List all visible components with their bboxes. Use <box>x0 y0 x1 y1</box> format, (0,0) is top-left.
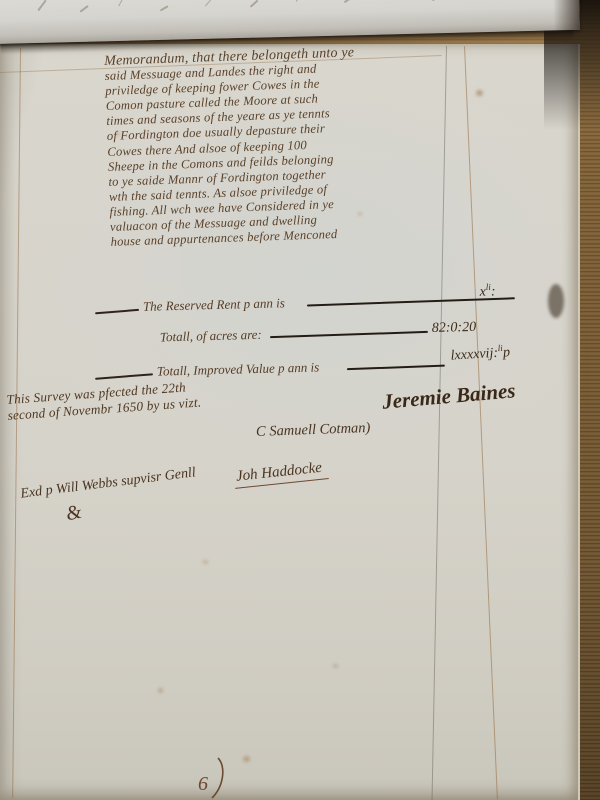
ink-bleed-mark <box>432 0 440 1</box>
account-row-total-acres: Totall, of acres are: 82:0:20 <box>160 321 501 354</box>
ink-bleed-mark <box>205 0 214 7</box>
photo-scene: Memorandum, that there belongeth unto ye… <box>0 0 600 800</box>
stain-spot <box>158 688 163 693</box>
value-tail: : <box>491 284 496 299</box>
signature-name: Samuell Cotman <box>269 420 366 439</box>
lead-dash <box>95 373 153 380</box>
flourish-curve <box>212 758 223 798</box>
value-tail: p <box>503 345 511 360</box>
account-rule-line <box>270 331 428 339</box>
account-value: 82:0:20 <box>432 317 477 337</box>
account-value: lxxxxvij:lip <box>450 342 510 364</box>
signature-examiner-flourish: & <box>64 501 84 527</box>
stain-spot <box>203 560 208 564</box>
value-main: lxxxxvij: <box>450 346 498 364</box>
signature-samuell-cotman: C Samuell Cotman) <box>256 420 371 441</box>
account-label: Totall, Improved Value p ann is <box>157 359 320 379</box>
attestation-note: This Survey was pfected the 22th second … <box>6 378 202 423</box>
roll-torn-edge <box>553 0 580 30</box>
stain-spot <box>243 756 250 762</box>
stain-spot <box>476 90 483 96</box>
manuscript-page: Memorandum, that there belongeth unto ye… <box>0 44 580 800</box>
signature-examiner: Exd p Will Webbs supvisr Genll <box>20 465 197 502</box>
ink-bleed-mark <box>296 0 303 2</box>
account-rule-line <box>347 365 445 371</box>
value-main: 82:0:20 <box>432 320 477 336</box>
account-value: xli: <box>479 282 495 301</box>
lead-dash <box>95 309 139 314</box>
signature-jeremie-baines: Jeremie Baines <box>381 378 516 415</box>
account-row-reserved-rent: The Reserved Rent p ann is xli: <box>95 288 565 324</box>
ink-bleed-mark <box>118 0 125 6</box>
ink-bleed-mark <box>250 0 259 8</box>
account-label: The Reserved Rent p ann is <box>143 295 285 315</box>
right-margin-rule <box>464 46 498 799</box>
ink-bleed-mark <box>37 0 46 11</box>
page-number-text: 6 <box>198 773 208 795</box>
signature-flourish: C <box>256 424 266 440</box>
ink-bleed-mark <box>80 5 89 13</box>
page-number-mark: 6 <box>188 756 228 800</box>
stain-spot <box>333 664 338 668</box>
memorandum-text: Memorandum, that there belongeth unto ye… <box>104 42 451 250</box>
ink-bleed-mark <box>160 5 169 11</box>
signature-flourish: ) <box>365 420 370 436</box>
signature-joh-haddocke: Joh Haddocke <box>233 459 329 489</box>
account-label: Totall, of acres are: <box>160 327 262 346</box>
ink-bleed-mark <box>344 0 353 3</box>
